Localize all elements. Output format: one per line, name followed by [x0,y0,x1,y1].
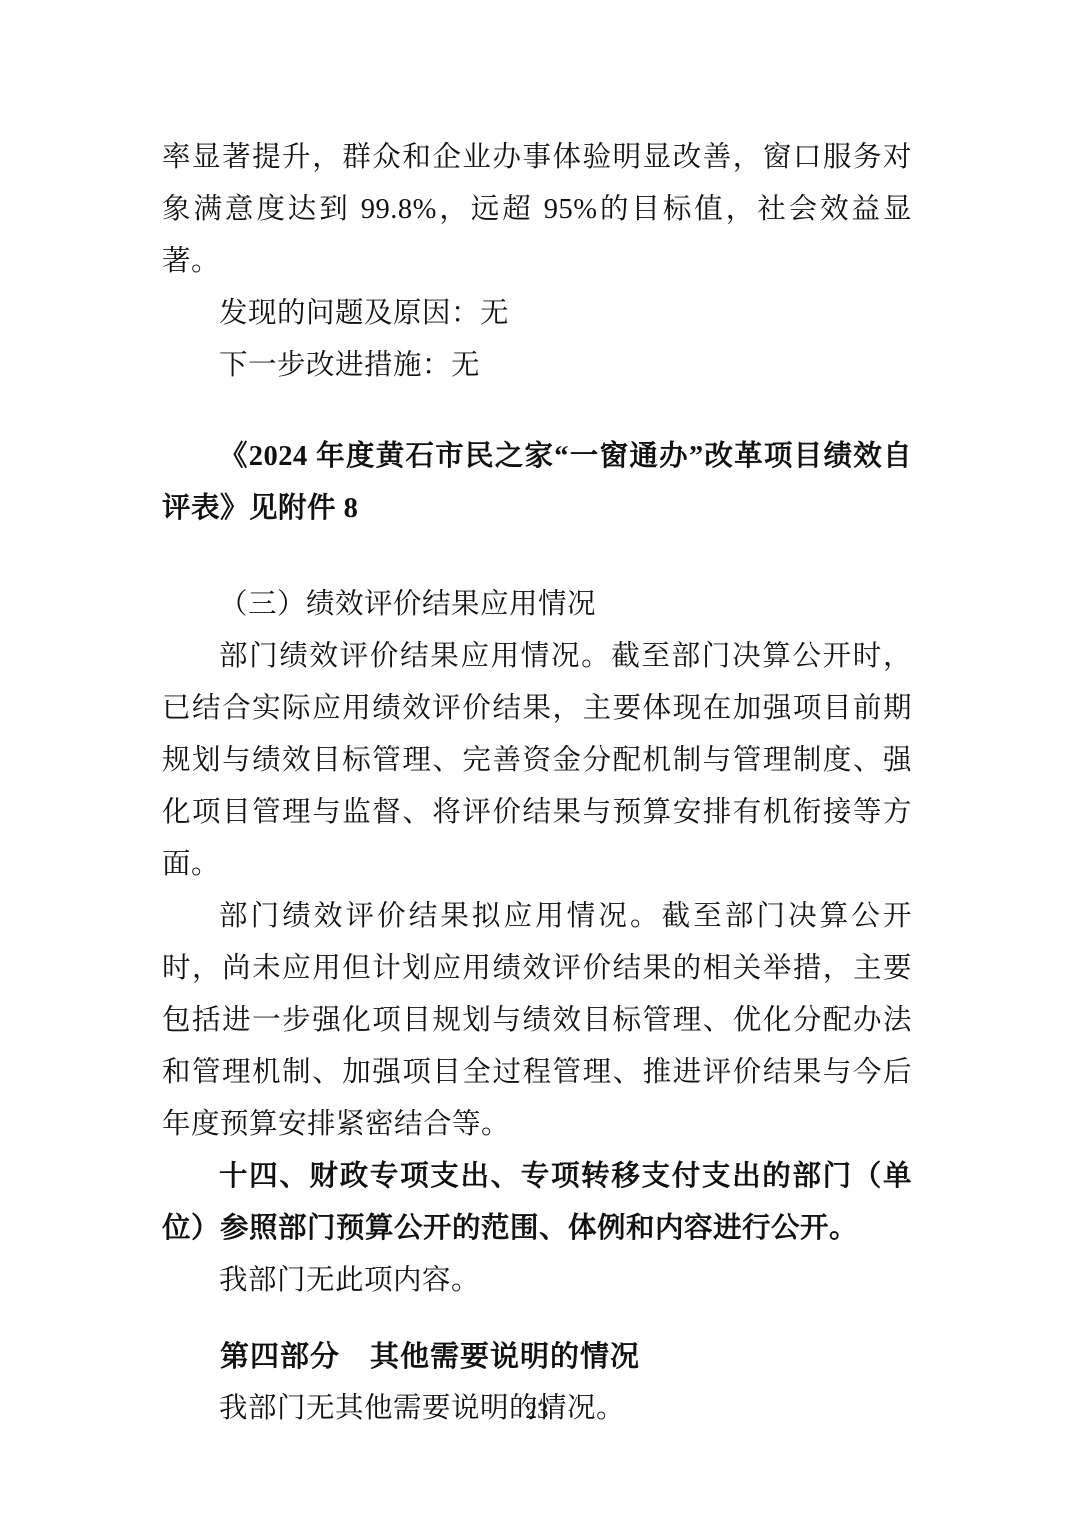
paragraph-next-steps: 下一步改进措施：无 [162,340,912,392]
paragraph-item14-body: 我部门无此项内容。 [162,1255,912,1307]
section-gap [162,535,912,579]
document-page: 率显著提升，群众和企业办事体验明显改善，窗口服务对象满意度达到 99.8%，远超… [0,0,1074,1520]
paragraph-attachment-reference: 《2024 年度黄石市民之家“一窗通办”改革项目绩效自评表》见附件 8 [162,431,912,535]
paragraph-continued-from-previous-page: 率显著提升，群众和企业办事体验明显改善，窗口服务对象满意度达到 99.8%，远超… [162,132,912,288]
section-gap [162,392,912,431]
paragraph-planned-results: 部门绩效评价结果拟应用情况。截至部门决算公开时，尚未应用但计划应用绩效评价结果的… [162,891,912,1151]
page-footer: 23 [0,1398,1074,1424]
page-number: 23 [526,1398,549,1423]
section-gap [162,1307,912,1331]
part4-heading: 第四部分 其他需要说明的情况 [162,1331,912,1383]
section3-heading: （三）绩效评价结果应用情况 [162,579,912,631]
item14-heading: 十四、财政专项支出、专项转移支付支出的部门（单位）参照部门预算公开的范围、体例和… [162,1151,912,1255]
paragraph-problems-found: 发现的问题及原因：无 [162,288,912,340]
document-body: 率显著提升，群众和企业办事体验明显改善，窗口服务对象满意度达到 99.8%，远超… [162,132,912,1435]
paragraph-applied-results: 部门绩效评价结果应用情况。截至部门决算公开时，已结合实际应用绩效评价结果，主要体… [162,631,912,891]
